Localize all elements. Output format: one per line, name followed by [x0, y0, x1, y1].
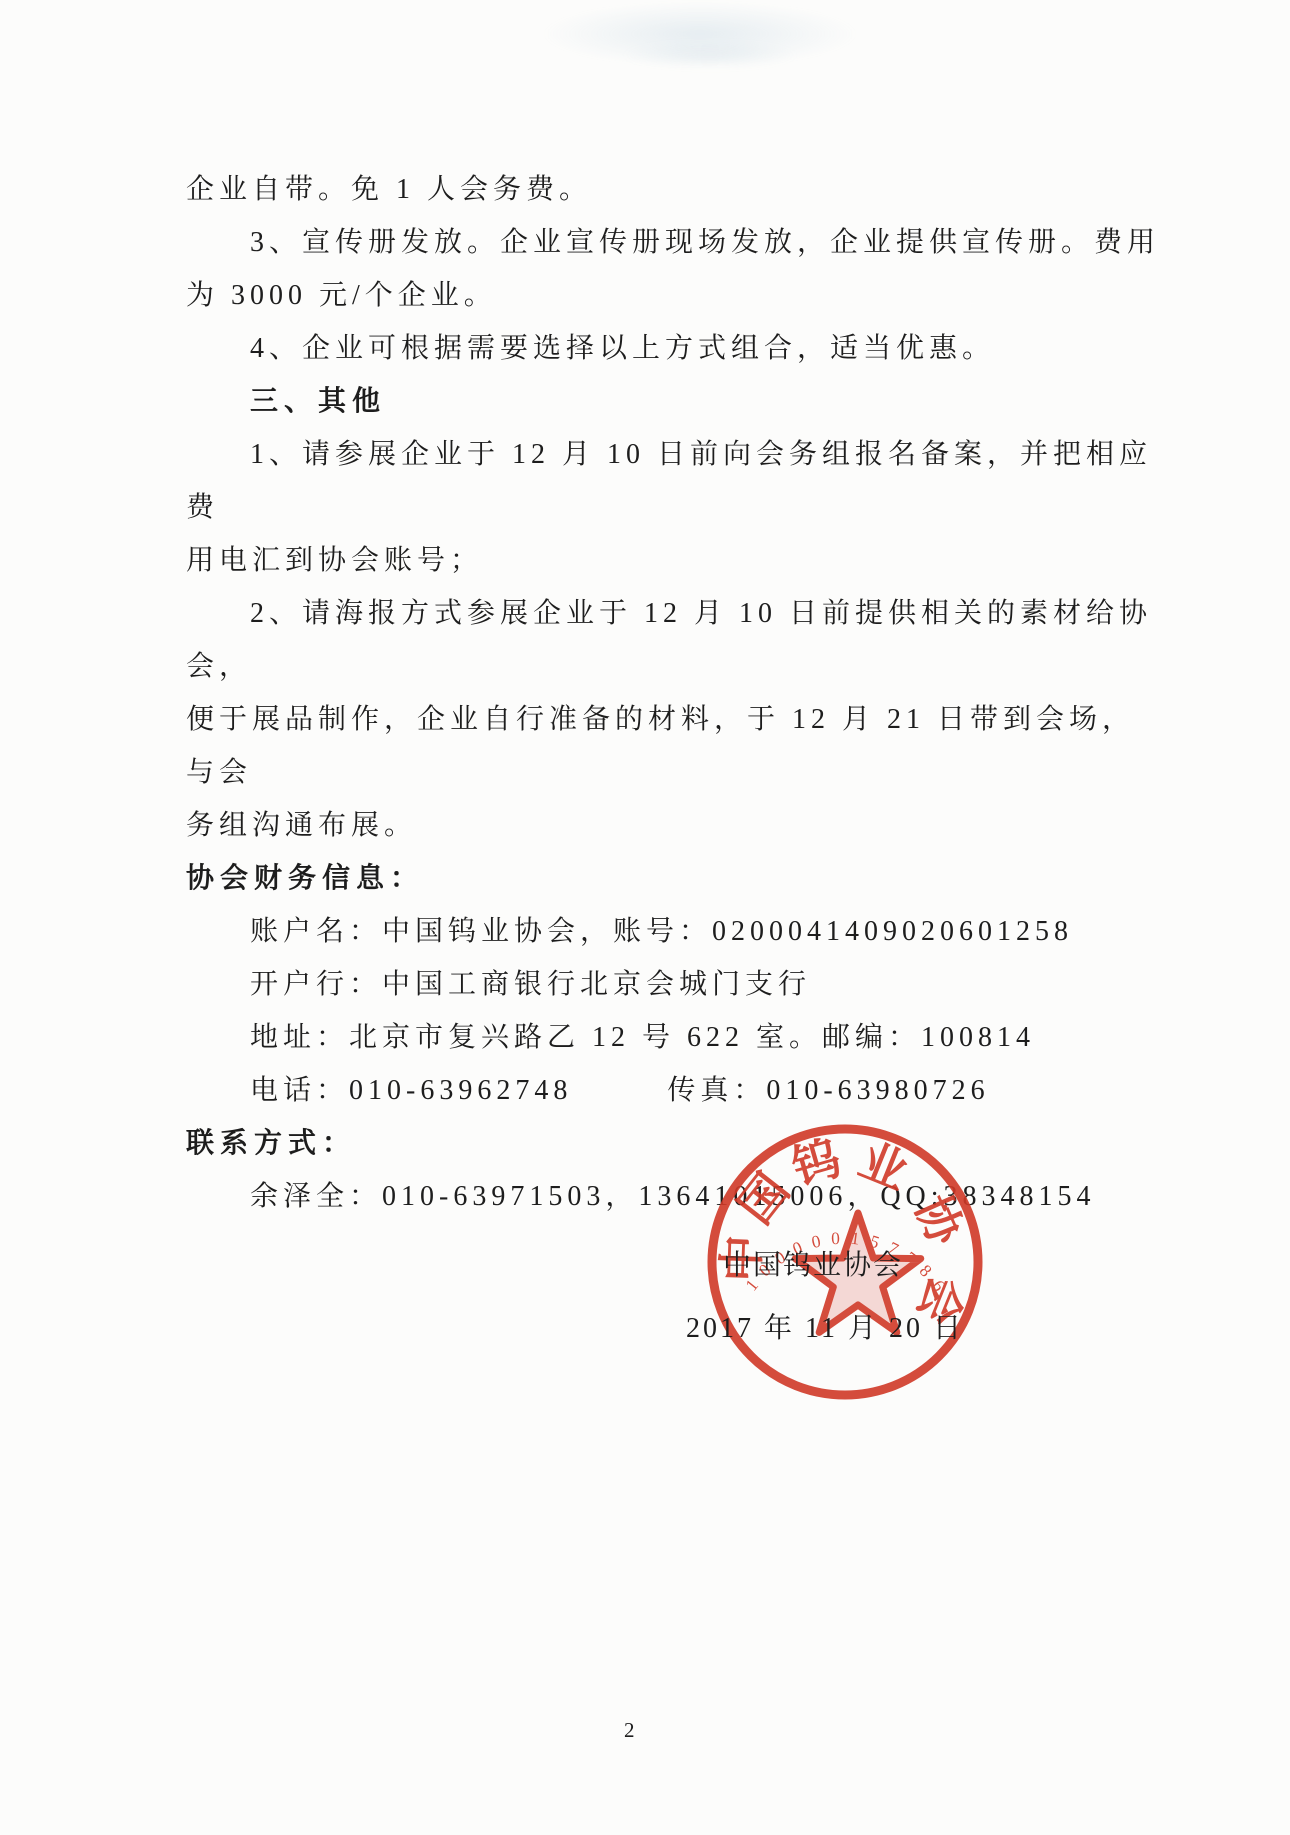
other-item-2: 2、请海报方式参展企业于 12 月 10 日前提供相关的素材给协会， 便于展品制… — [186, 587, 1161, 852]
finance-phone-fax-line: 电话：010-63962748传真：010-63980726 — [186, 1064, 1161, 1117]
page-number: 2 — [624, 1718, 635, 1743]
finance-address-line: 地址：北京市复兴路乙 12 号 622 室。邮编：100814 — [186, 1011, 1161, 1064]
signature-org: 中国钨业协会 — [723, 1243, 903, 1283]
finance-phone: 电话：010-63962748 — [250, 1075, 572, 1106]
document-page: 企业自带。免 1 人会务费。 3、宣传册发放。企业宣传册现场发放，企业提供宣传册… — [0, 0, 1290, 1835]
finance-bank-line: 开户行：中国工商银行北京会城门支行 — [186, 958, 1161, 1011]
section-heading-other: 三、其他 — [186, 375, 1161, 428]
other-item-1: 1、请参展企业于 12 月 10 日前向会务组报名备案，并把相应费 用电汇到协会… — [186, 428, 1161, 587]
contact-heading: 联系方式： — [186, 1117, 1161, 1170]
contact-line: 余泽全：010-63971503，13641015006，QQ:38348154 — [186, 1170, 1161, 1223]
document-body: 企业自带。免 1 人会务费。 3、宣传册发放。企业宣传册现场发放，企业提供宣传册… — [186, 163, 1161, 1223]
finance-fax: 传真：010-63980726 — [667, 1075, 989, 1106]
paragraph-continued: 企业自带。免 1 人会务费。 — [186, 163, 1161, 216]
scan-bleed-artifact — [620, 40, 800, 70]
finance-heading: 协会财务信息： — [186, 852, 1161, 905]
finance-account-line: 账户名：中国钨业协会，账号：0200041409020601258 — [186, 905, 1161, 958]
signature-date: 2017 年 11 月 20 日 — [686, 1306, 964, 1346]
list-item-3: 3、宣传册发放。企业宣传册现场发放，企业提供宣传册。费用 为 3000 元/个企… — [186, 216, 1161, 322]
list-item-4: 4、企业可根据需要选择以上方式组合，适当优惠。 — [186, 322, 1161, 375]
